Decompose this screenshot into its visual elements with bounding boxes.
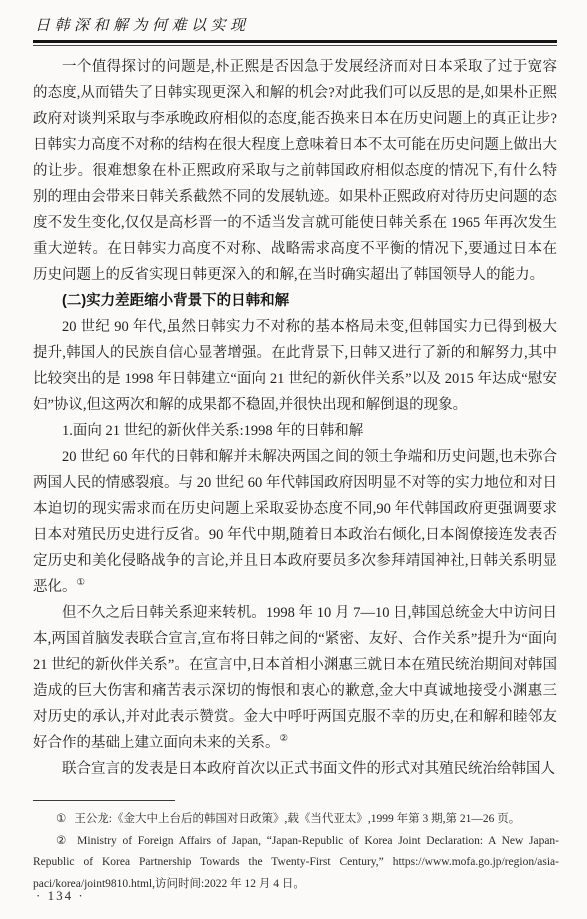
footnote-2-marker: ② <box>56 835 69 847</box>
footnote-1-marker: ① <box>56 813 66 825</box>
subsection-heading: 1.面向 21 世纪的新伙伴关系:1998 年的日韩和解 <box>33 418 557 444</box>
article-body: 一个值得探讨的问题是,朴正熙是否因急于发展经济而对日本采取了过于宽容的态度,从而… <box>33 54 557 782</box>
paragraph-1: 一个值得探讨的问题是,朴正熙是否因急于发展经济而对日本采取了过于宽容的态度,从而… <box>33 54 557 288</box>
document-page: 日韩深和解为何难以实现 一个值得探讨的问题是,朴正熙是否因急于发展经济而对日本采… <box>0 0 587 919</box>
page-number: · 134 · <box>36 888 85 904</box>
running-header: 日韩深和解为何难以实现 <box>33 14 557 46</box>
paragraph-4: 但不久之后日韩关系迎来转机。1998 年 10 月 7—10 日,韩国总统金大中… <box>33 600 557 756</box>
footnote-ref-1: ① <box>77 578 86 588</box>
footnote-separator-rule <box>33 800 175 801</box>
header-rule-thick <box>33 40 557 43</box>
footnote-2: ②Ministry of Foreign Affairs of Japan, “… <box>33 831 559 896</box>
paragraph-3: 20 世纪 60 年代的日韩和解并未解决两国之间的领土争端和历史问题,也未弥合两… <box>33 444 557 600</box>
running-header-title: 日韩深和解为何难以实现 <box>33 14 557 35</box>
paragraph-5: 联合宣言的发表是日本政府首次以正式书面文件的形式对其殖民统治给韩国人 <box>33 756 557 782</box>
section-heading: (二)实力差距缩小背景下的日韩和解 <box>33 288 557 314</box>
paragraph-4-text: 但不久之后日韩关系迎来转机。1998 年 10 月 7—10 日,韩国总统金大中… <box>33 605 557 751</box>
paragraph-2: 20 世纪 90 年代,虽然日韩实力不对称的基本格局未变,但韩国实力已得到极大提… <box>33 314 557 418</box>
footnotes-section: ①王公龙:《金大中上台后的韩国对日政策》,载《当代亚太》,1999 年第 3 期… <box>33 809 559 895</box>
header-rule <box>33 40 557 46</box>
footnote-ref-2: ② <box>280 734 289 744</box>
footnote-1-text: 王公龙:《金大中上台后的韩国对日政策》,载《当代亚太》,1999 年第 3 期,… <box>74 813 520 825</box>
paragraph-3-text: 20 世纪 60 年代的日韩和解并未解决两国之间的领土争端和历史问题,也未弥合两… <box>33 449 557 595</box>
footnote-1: ①王公龙:《金大中上台后的韩国对日政策》,载《当代亚太》,1999 年第 3 期… <box>33 809 559 831</box>
footnote-2-text: Ministry of Foreign Affairs of Japan, “J… <box>33 835 559 890</box>
header-rule-thin <box>33 45 557 46</box>
